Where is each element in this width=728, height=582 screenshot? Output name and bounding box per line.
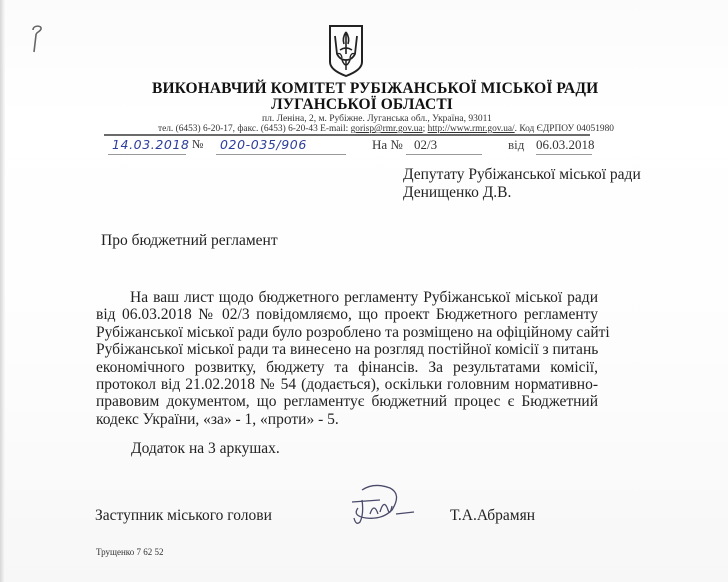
body-line: кодекс України, «за» - 1, «проти» - 5. [96, 411, 598, 428]
body-line: економічного розвитку, бюджету та фінанс… [96, 359, 598, 376]
trident-coat-of-arms-icon [328, 24, 364, 78]
body-line: Рубіжанської міської ради та винесено на… [96, 341, 598, 358]
scan-page-edge [0, 0, 5, 582]
registration-date: 14.03.2018 [108, 137, 186, 155]
email-link[interactable]: gorisp@rmr.gov.ua [351, 124, 423, 134]
letter-subject: Про бюджетний регламент [101, 232, 278, 250]
org-address: пл. Леніна, 2, м. Рубіжне. Луганська обл… [262, 114, 492, 124]
body-line: Рубіжанської міської ради було розроблен… [96, 324, 598, 341]
reference-from-label: від [508, 137, 524, 155]
attachment-note: Додаток на 3 аркушах. [131, 440, 280, 458]
body-line: від 06.03.2018 № 02/3 повідомляємо, що п… [96, 306, 598, 323]
recipient-block: Депутату Рубіжанської міської ради Денищ… [403, 166, 641, 202]
handwritten-signature-icon [340, 480, 420, 530]
registration-number: 020-035/906 [216, 137, 346, 155]
recipient-position: Депутату Рубіжанської міської ради [403, 166, 641, 184]
website-link[interactable]: http://www.rmr.gov.ua/ [428, 124, 515, 134]
recipient-name: Денищенко Д.В. [403, 184, 641, 202]
reference-number: 02/3 [406, 137, 482, 155]
letter-body: На ваш лист щодо бюджетного регламенту Р… [96, 289, 598, 428]
handwritten-margin-mark-icon [31, 24, 45, 54]
org-contacts: тел. (6453) 6-20-17, факс. (6453) 6-20-4… [158, 124, 614, 134]
reference-date: 06.03.2018 [536, 137, 592, 155]
reference-number-label: На № [372, 137, 403, 155]
body-line: правовим документом, що регламентує бюдж… [96, 393, 598, 410]
registration-number-label: № [192, 137, 203, 155]
signatory-name: Т.А.Абрамян [450, 507, 535, 525]
signatory-title: Заступник міського голови [95, 507, 272, 525]
body-line: На ваш лист щодо бюджетного регламенту Р… [96, 289, 598, 306]
edrpou-code: . Код ЄДРПОУ 04051980 [515, 124, 614, 134]
org-title-line2: ЛУГАНСЬКОЇ ОБЛАСТІ [152, 96, 572, 114]
body-line: протокол від 21.02.2018 № 54 (додається)… [96, 376, 598, 393]
letterhead-divider [104, 134, 590, 136]
executor-contact: Трущенко 7 62 52 [96, 547, 163, 557]
contacts-phone-fax: тел. (6453) 6-20-17, факс. (6453) 6-20-4… [158, 124, 351, 134]
